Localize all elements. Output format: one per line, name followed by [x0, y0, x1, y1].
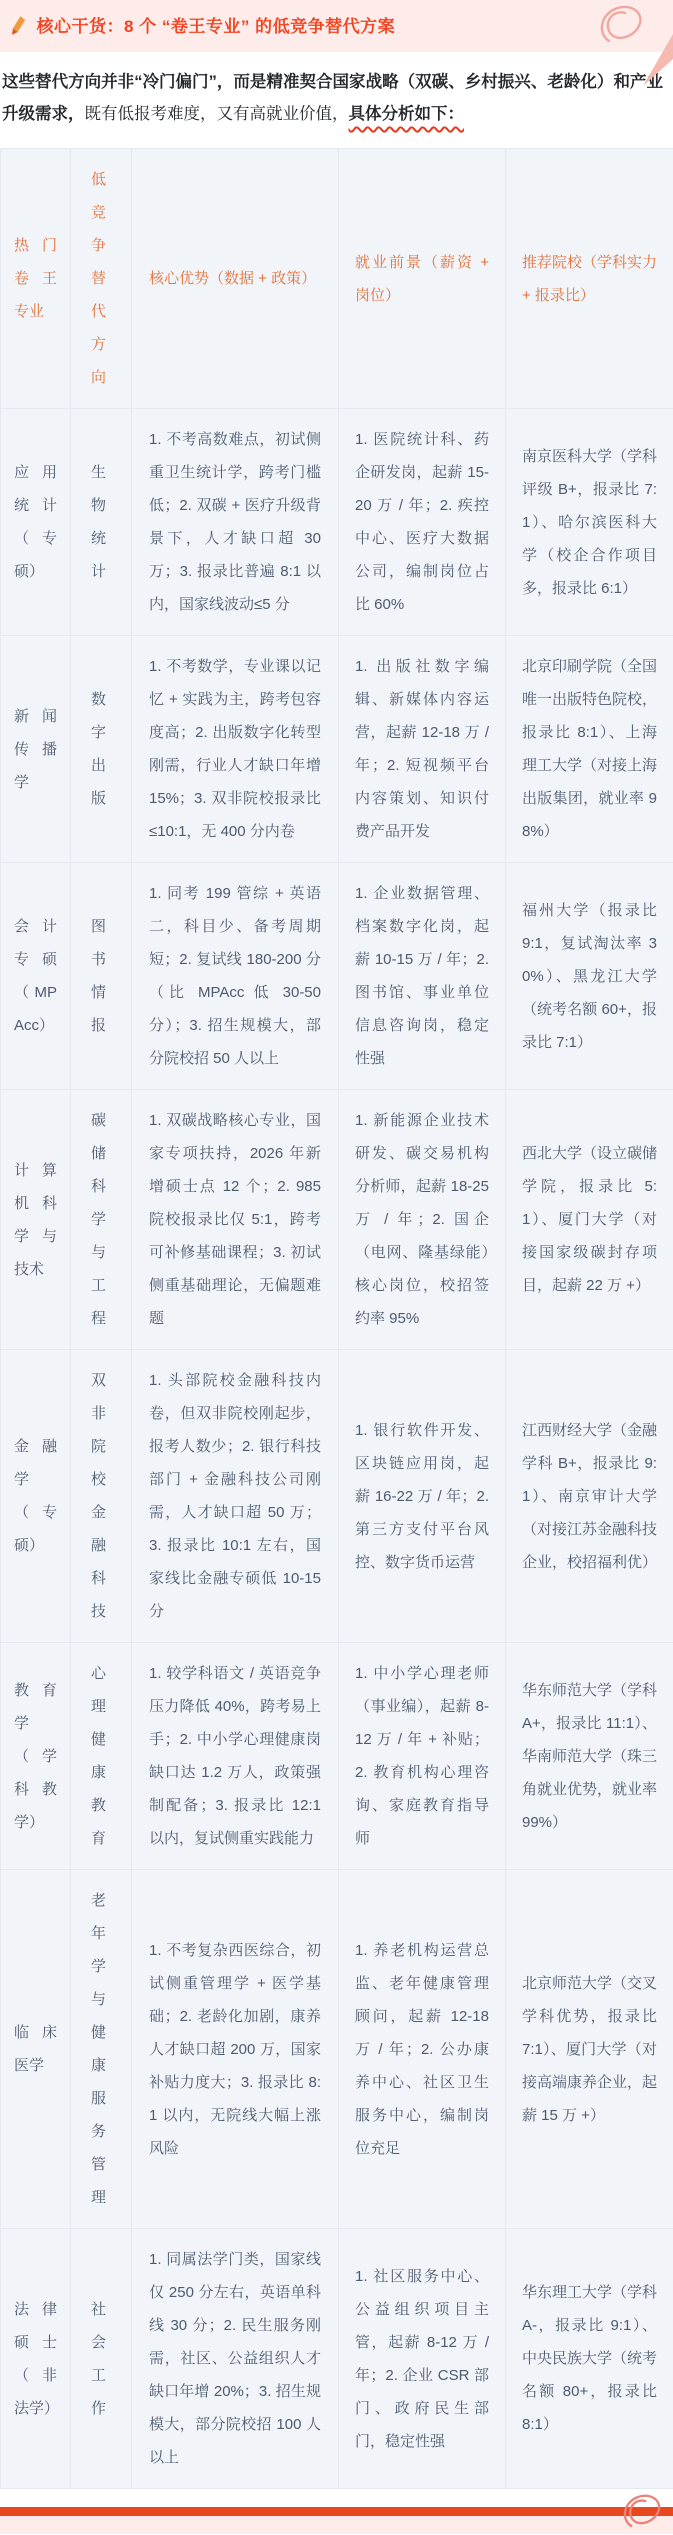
cell-prospects: 1. 医院统计科、药企研发岗，起薪 15-20 万 / 年；2. 疾控中心、医疗…: [339, 409, 506, 636]
table-row: 教育学（学科教学） 心理健康教育 1. 较学科语文 / 英语竞争压力降低 40%…: [1, 1643, 673, 1870]
cell-alternative: 双非院校金融科技: [71, 1350, 132, 1643]
table-row: 临床医学 老年学与健康服务管理 1. 不考复杂西医综合，初试侧重管理学 + 医学…: [1, 1870, 673, 2229]
header-cell-schools: 推荐院校（学科实力 + 报录比）: [506, 149, 673, 409]
cell-alternative: 数字出版: [71, 636, 132, 863]
cell-prospects: 1. 出版社数字编辑、新媒体内容运营，起薪 12-18 万 / 年；2. 短视频…: [339, 636, 506, 863]
footer-accent-bar: [0, 2507, 673, 2516]
paperclip-icon: [617, 2490, 665, 2535]
table-row: 新闻传播学 数字出版 1. 不考数学，专业课以记忆 + 实践为主，跨考包容度高；…: [1, 636, 673, 863]
cell-schools: 南京医科大学（学科评级 B+，报录比 7:1）、哈尔滨医科大学（校企合作项目多，…: [506, 409, 673, 636]
intro-text: 既有低报考难度，又有高就业价值，: [85, 105, 349, 123]
table-row: 金融学（专硕） 双非院校金融科技 1. 头部院校金融科技内卷，但双非院校刚起步，…: [1, 1350, 673, 1643]
cell-alternative: 生物统计: [71, 409, 132, 636]
table-row: 法律硕士（非法学） 社会工作 1. 同属法学门类，国家线仅 250 分左右，英语…: [1, 2229, 673, 2489]
table-row: 应用统计（专硕） 生物统计 1. 不考高数难点，初试侧重卫生统计学，跨考门槛低；…: [1, 409, 673, 636]
cell-schools: 北京印刷学院（全国唯一出版特色院校，报录比 8:1）、上海理工大学（对接上海出版…: [506, 636, 673, 863]
cell-hot-major: 新闻传播学: [1, 636, 71, 863]
cell-hot-major: 会计专硕（MPAcc）: [1, 863, 71, 1090]
cell-advantages: 1. 同考 199 管综 + 英语二，科目少、备考周期短；2. 复试线 180-…: [132, 863, 339, 1090]
footer-pink-band: [0, 2516, 673, 2534]
cell-advantages: 1. 头部院校金融科技内卷，但双非院校刚起步，报考人数少；2. 银行科技部门 +…: [132, 1350, 339, 1643]
cell-alternative: 图书情报: [71, 863, 132, 1090]
cell-schools: 华东理工大学（学科 A-，报录比 9:1）、中央民族大学（统考名额 80+，报录…: [506, 2229, 673, 2489]
cell-schools: 华东师范大学（学科 A+，报录比 11:1）、华南师范大学（珠三角就业优势，就业…: [506, 1643, 673, 1870]
cell-hot-major: 临床医学: [1, 1870, 71, 2229]
cell-hot-major: 应用统计（专硕）: [1, 409, 71, 636]
cell-schools: 北京师范大学（交叉学科优势，报录比 7:1）、厦门大学（对接高端康养企业，起薪 …: [506, 1870, 673, 2229]
cell-advantages: 1. 不考数学，专业课以记忆 + 实践为主，跨考包容度高；2. 出版数字化转型刚…: [132, 636, 339, 863]
cell-advantages: 1. 不考复杂西医综合，初试侧重管理学 + 医学基础；2. 老龄化加剧，康养人才…: [132, 1870, 339, 2229]
cell-hot-major: 金融学（专硕）: [1, 1350, 71, 1643]
cell-hot-major: 教育学（学科教学）: [1, 1643, 71, 1870]
intro-paragraph: 这些替代方向并非“冷门偏门”，而是精准契合国家战略（双碳、乡村振兴、老龄化）和产…: [0, 52, 673, 136]
header-cell-advantages: 核心优势（数据 + 政策）: [132, 149, 339, 409]
cell-schools: 福州大学（报录比 9:1，复试淘汰率 30%）、黑龙江大学（统考名额 60+，报…: [506, 863, 673, 1090]
cell-prospects: 1. 社区服务中心、公益组织项目主管，起薪 8-12 万 / 年；2. 企业 C…: [339, 2229, 506, 2489]
cell-prospects: 1. 银行软件开发、区块链应用岗，起薪 16-22 万 / 年；2. 第三方支付…: [339, 1350, 506, 1643]
cell-advantages: 1. 双碳战略核心专业，国家专项扶持，2026 年新增硕士点 12 个；2. 9…: [132, 1090, 339, 1350]
footer-spacer: [0, 2489, 673, 2507]
header-cell-prospects: 就业前景（薪资 + 岗位）: [339, 149, 506, 409]
intro-text-underlined: 具体分析如下：: [349, 105, 465, 123]
cell-prospects: 1. 新能源企业技术研发、碳交易机构分析师，起薪 18-25 万 / 年；2. …: [339, 1090, 506, 1350]
cell-prospects: 1. 中小学心理老师（事业编），起薪 8-12 万 / 年 + 补贴；2. 教育…: [339, 1643, 506, 1870]
cell-hot-major: 法律硕士（非法学）: [1, 2229, 71, 2489]
cell-alternative: 心理健康教育: [71, 1643, 132, 1870]
cell-advantages: 1. 不考高数难点，初试侧重卫生统计学，跨考门槛低；2. 双碳 + 医疗升级背景…: [132, 409, 339, 636]
cell-advantages: 1. 较学科语文 / 英语竞争压力降低 40%，跨考易上手；2. 中小学心理健康…: [132, 1643, 339, 1870]
header-cell-alternative: 低竞争替代方向: [71, 149, 132, 409]
cell-alternative: 老年学与健康服务管理: [71, 1870, 132, 2229]
cell-alternative: 碳储科学与工程: [71, 1090, 132, 1350]
cell-alternative: 社会工作: [71, 2229, 132, 2489]
cell-schools: 江西财经大学（金融学科 B+，报录比 9:1）、南京审计大学（对接江苏金融科技企…: [506, 1350, 673, 1643]
cell-hot-major: 计算机科学与技术: [1, 1090, 71, 1350]
cell-prospects: 1. 企业数据管理、档案数字化岗，起薪 10-15 万 / 年；2. 图书馆、事…: [339, 863, 506, 1090]
header-band: 核心干货：8 个 “卷王专业” 的低竞争替代方案: [0, 0, 673, 52]
majors-table: 热门卷王专业 低竞争替代方向 核心优势（数据 + 政策） 就业前景（薪资 + 岗…: [0, 148, 673, 2489]
table-header-row: 热门卷王专业 低竞争替代方向 核心优势（数据 + 政策） 就业前景（薪资 + 岗…: [1, 149, 673, 409]
table-row: 会计专硕（MPAcc） 图书情报 1. 同考 199 管综 + 英语二，科目少、…: [1, 863, 673, 1090]
page-title: 核心干货：8 个 “卷王专业” 的低竞争替代方案: [36, 17, 395, 36]
header-cell-hot-major: 热门卷王专业: [1, 149, 71, 409]
cell-schools: 西北大学（设立碳储学院，报录比 5:1）、厦门大学（对接国家级碳封存项目，起薪 …: [506, 1090, 673, 1350]
article-page: { "colors": { "title_red": "#f2421f", "b…: [0, 0, 673, 2534]
cell-advantages: 1. 同属法学门类，国家线仅 250 分左右，英语单科线 30 分；2. 民生服…: [132, 2229, 339, 2489]
cell-prospects: 1. 养老机构运营总监、老年健康管理顾问，起薪 12-18 万 / 年；2. 公…: [339, 1870, 506, 2229]
paperclip-icon: [593, 1, 647, 50]
pencil-icon: [12, 22, 31, 39]
table-row: 计算机科学与技术 碳储科学与工程 1. 双碳战略核心专业，国家专项扶持，2026…: [1, 1090, 673, 1350]
